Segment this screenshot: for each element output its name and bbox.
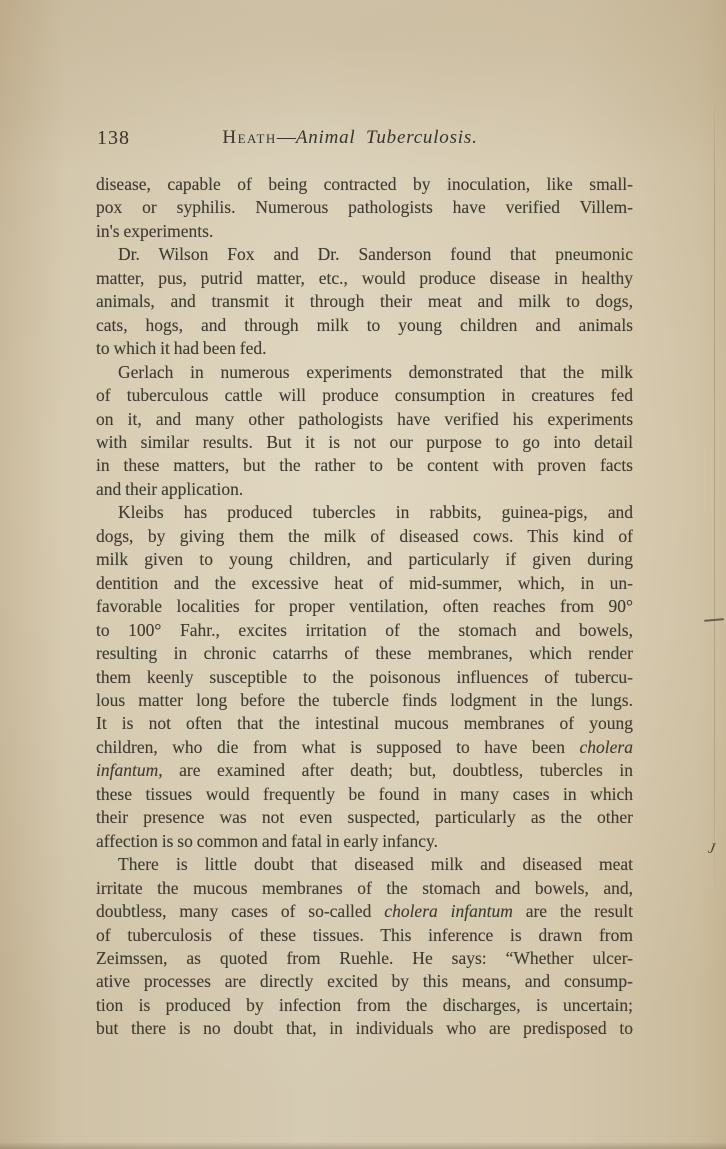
text-line: to which it had been fed.	[96, 337, 633, 360]
running-title-work: Animal Tuberculosis.	[296, 127, 478, 148]
text-run: cats, hogs, and through milk to young ch…	[96, 315, 633, 335]
text-line: doubtless, many cases of so-called chole…	[96, 900, 633, 923]
scanned-book-page: { "page": { "number": "138", "running_ti…	[0, 0, 726, 1149]
text-run: in's experiments.	[96, 221, 213, 241]
text-run: favorable localities for proper ventilat…	[96, 596, 633, 616]
paper-crease-line	[714, 95, 715, 895]
text-line: children, who die from what is supposed …	[96, 736, 633, 759]
text-line: lous matter long before the tubercle fin…	[96, 689, 633, 712]
text-run: and their application.	[96, 479, 243, 499]
paper-shading	[40, 0, 686, 120]
italic-text-run: cholera infantum	[384, 901, 513, 921]
text-line: and their application.	[96, 478, 633, 501]
text-run: affection is so common and fatal in earl…	[96, 831, 438, 851]
text-run: of tuberculous cattle will produce consu…	[96, 385, 633, 405]
text-run: with similar results. But it is not our …	[96, 432, 633, 452]
text-line: in's experiments.	[96, 220, 633, 243]
text-line: Kleibs has produced tubercles in rabbits…	[96, 501, 633, 524]
text-run: milk given to young children, and partic…	[96, 549, 633, 569]
text-run: irritate the mucous membranes of the sto…	[96, 878, 633, 898]
text-line: It is not often that the intestinal muco…	[96, 712, 633, 735]
text-run: on it, and many other pathologists have …	[96, 409, 633, 429]
text-line: with similar results. But it is not our …	[96, 431, 633, 454]
text-run: in these matters, but the rather to be c…	[96, 455, 633, 475]
page-header: 138 Heath—Animal Tuberculosis.	[0, 126, 726, 152]
text-run: It is not often that the intestinal muco…	[96, 713, 633, 733]
text-run: pox or syphilis. Numerous pathologists h…	[96, 197, 633, 217]
text-run: are examined after death; but, doubtless…	[163, 760, 633, 780]
text-line: irritate the mucous membranes of the sto…	[96, 877, 633, 900]
text-run: disease, capable of being contracted by …	[96, 174, 633, 194]
text-line: dogs, by giving them the milk of disease…	[96, 525, 633, 548]
italic-text-run: cholera	[580, 737, 633, 757]
text-line: Gerlach in numerous experiments demonstr…	[96, 361, 633, 384]
text-run: Dr. Wilson Fox and Dr. Sanderson found t…	[118, 244, 633, 264]
text-line: ative processes are directly excited by …	[96, 970, 633, 993]
text-run: are the result	[513, 901, 633, 921]
text-line: in these matters, but the rather to be c…	[96, 454, 633, 477]
text-run: lous matter long before the tubercle fin…	[96, 690, 633, 710]
text-line: on it, and many other pathologists have …	[96, 408, 633, 431]
text-line: animals, and transmit it through their m…	[96, 290, 633, 313]
text-line: them keenly susceptible to the poisonous…	[96, 666, 633, 689]
text-line: affection is so common and fatal in earl…	[96, 830, 633, 853]
text-run: but there is no doubt that, in individua…	[96, 1018, 633, 1038]
text-run: doubtless, many cases of so-called	[96, 901, 384, 921]
text-line: tion is produced by infection from the d…	[96, 994, 633, 1017]
text-line: matter, pus, putrid matter, etc., would …	[96, 267, 633, 290]
text-run: to 100° Fahr., excites irritation of the…	[96, 620, 633, 640]
text-line: cats, hogs, and through milk to young ch…	[96, 314, 633, 337]
text-line: resulting in chronic catarrhs of these m…	[96, 642, 633, 665]
text-line: There is little doubt that diseased milk…	[96, 853, 633, 876]
text-run: to which it had been fed.	[96, 338, 267, 358]
text-run: There is little doubt that diseased milk…	[118, 854, 633, 874]
text-line: milk given to young children, and partic…	[96, 548, 633, 571]
text-run: children, who die from what is supposed …	[96, 737, 580, 757]
text-run: them keenly susceptible to the poisonous…	[96, 667, 633, 687]
text-line: their presence was not even suspected, p…	[96, 806, 633, 829]
text-line: Zeimssen, as quoted from Ruehle. He says…	[96, 947, 633, 970]
text-line: these tissues would frequently be found …	[96, 783, 633, 806]
body-text: disease, capable of being contracted by …	[96, 173, 633, 1041]
text-run: dentition and the excessive heat of mid-…	[96, 573, 633, 593]
text-run: tion is produced by infection from the d…	[96, 995, 633, 1015]
text-line: dentition and the excessive heat of mid-…	[96, 572, 633, 595]
text-line: favorable localities for proper ventilat…	[96, 595, 633, 618]
text-line: Dr. Wilson Fox and Dr. Sanderson found t…	[96, 243, 633, 266]
text-line: infantum, are examined after death; but,…	[96, 759, 633, 782]
text-run: resulting in chronic catarrhs of these m…	[96, 643, 633, 663]
italic-text-run: infantum,	[96, 760, 163, 780]
text-run: dogs, by giving them the milk of disease…	[96, 526, 633, 546]
running-title: Heath—Animal Tuberculosis.	[70, 126, 630, 150]
text-run: ative processes are directly excited by …	[96, 971, 633, 991]
text-run: these tissues would frequently be found …	[96, 784, 633, 804]
text-run: Gerlach in numerous experiments demonstr…	[118, 362, 633, 382]
text-run: Zeimssen, as quoted from Ruehle. He says…	[96, 948, 633, 968]
text-run: Kleibs has produced tubercles in rabbits…	[118, 502, 633, 522]
text-line: of tuberculosis of these tissues. This i…	[96, 924, 633, 947]
running-title-author: Heath	[222, 127, 276, 148]
text-run: animals, and transmit it through their m…	[96, 291, 633, 311]
text-line: but there is no doubt that, in individua…	[96, 1017, 633, 1040]
text-run: their presence was not even suspected, p…	[96, 807, 633, 827]
text-run: of tuberculosis of these tissues. This i…	[96, 925, 633, 945]
text-line: pox or syphilis. Numerous pathologists h…	[96, 196, 633, 219]
text-line: to 100° Fahr., excites irritation of the…	[96, 619, 633, 642]
text-line: disease, capable of being contracted by …	[96, 173, 633, 196]
text-run: matter, pus, putrid matter, etc., would …	[96, 268, 633, 288]
text-line: of tuberculous cattle will produce consu…	[96, 384, 633, 407]
running-title-separator: —	[277, 127, 296, 148]
